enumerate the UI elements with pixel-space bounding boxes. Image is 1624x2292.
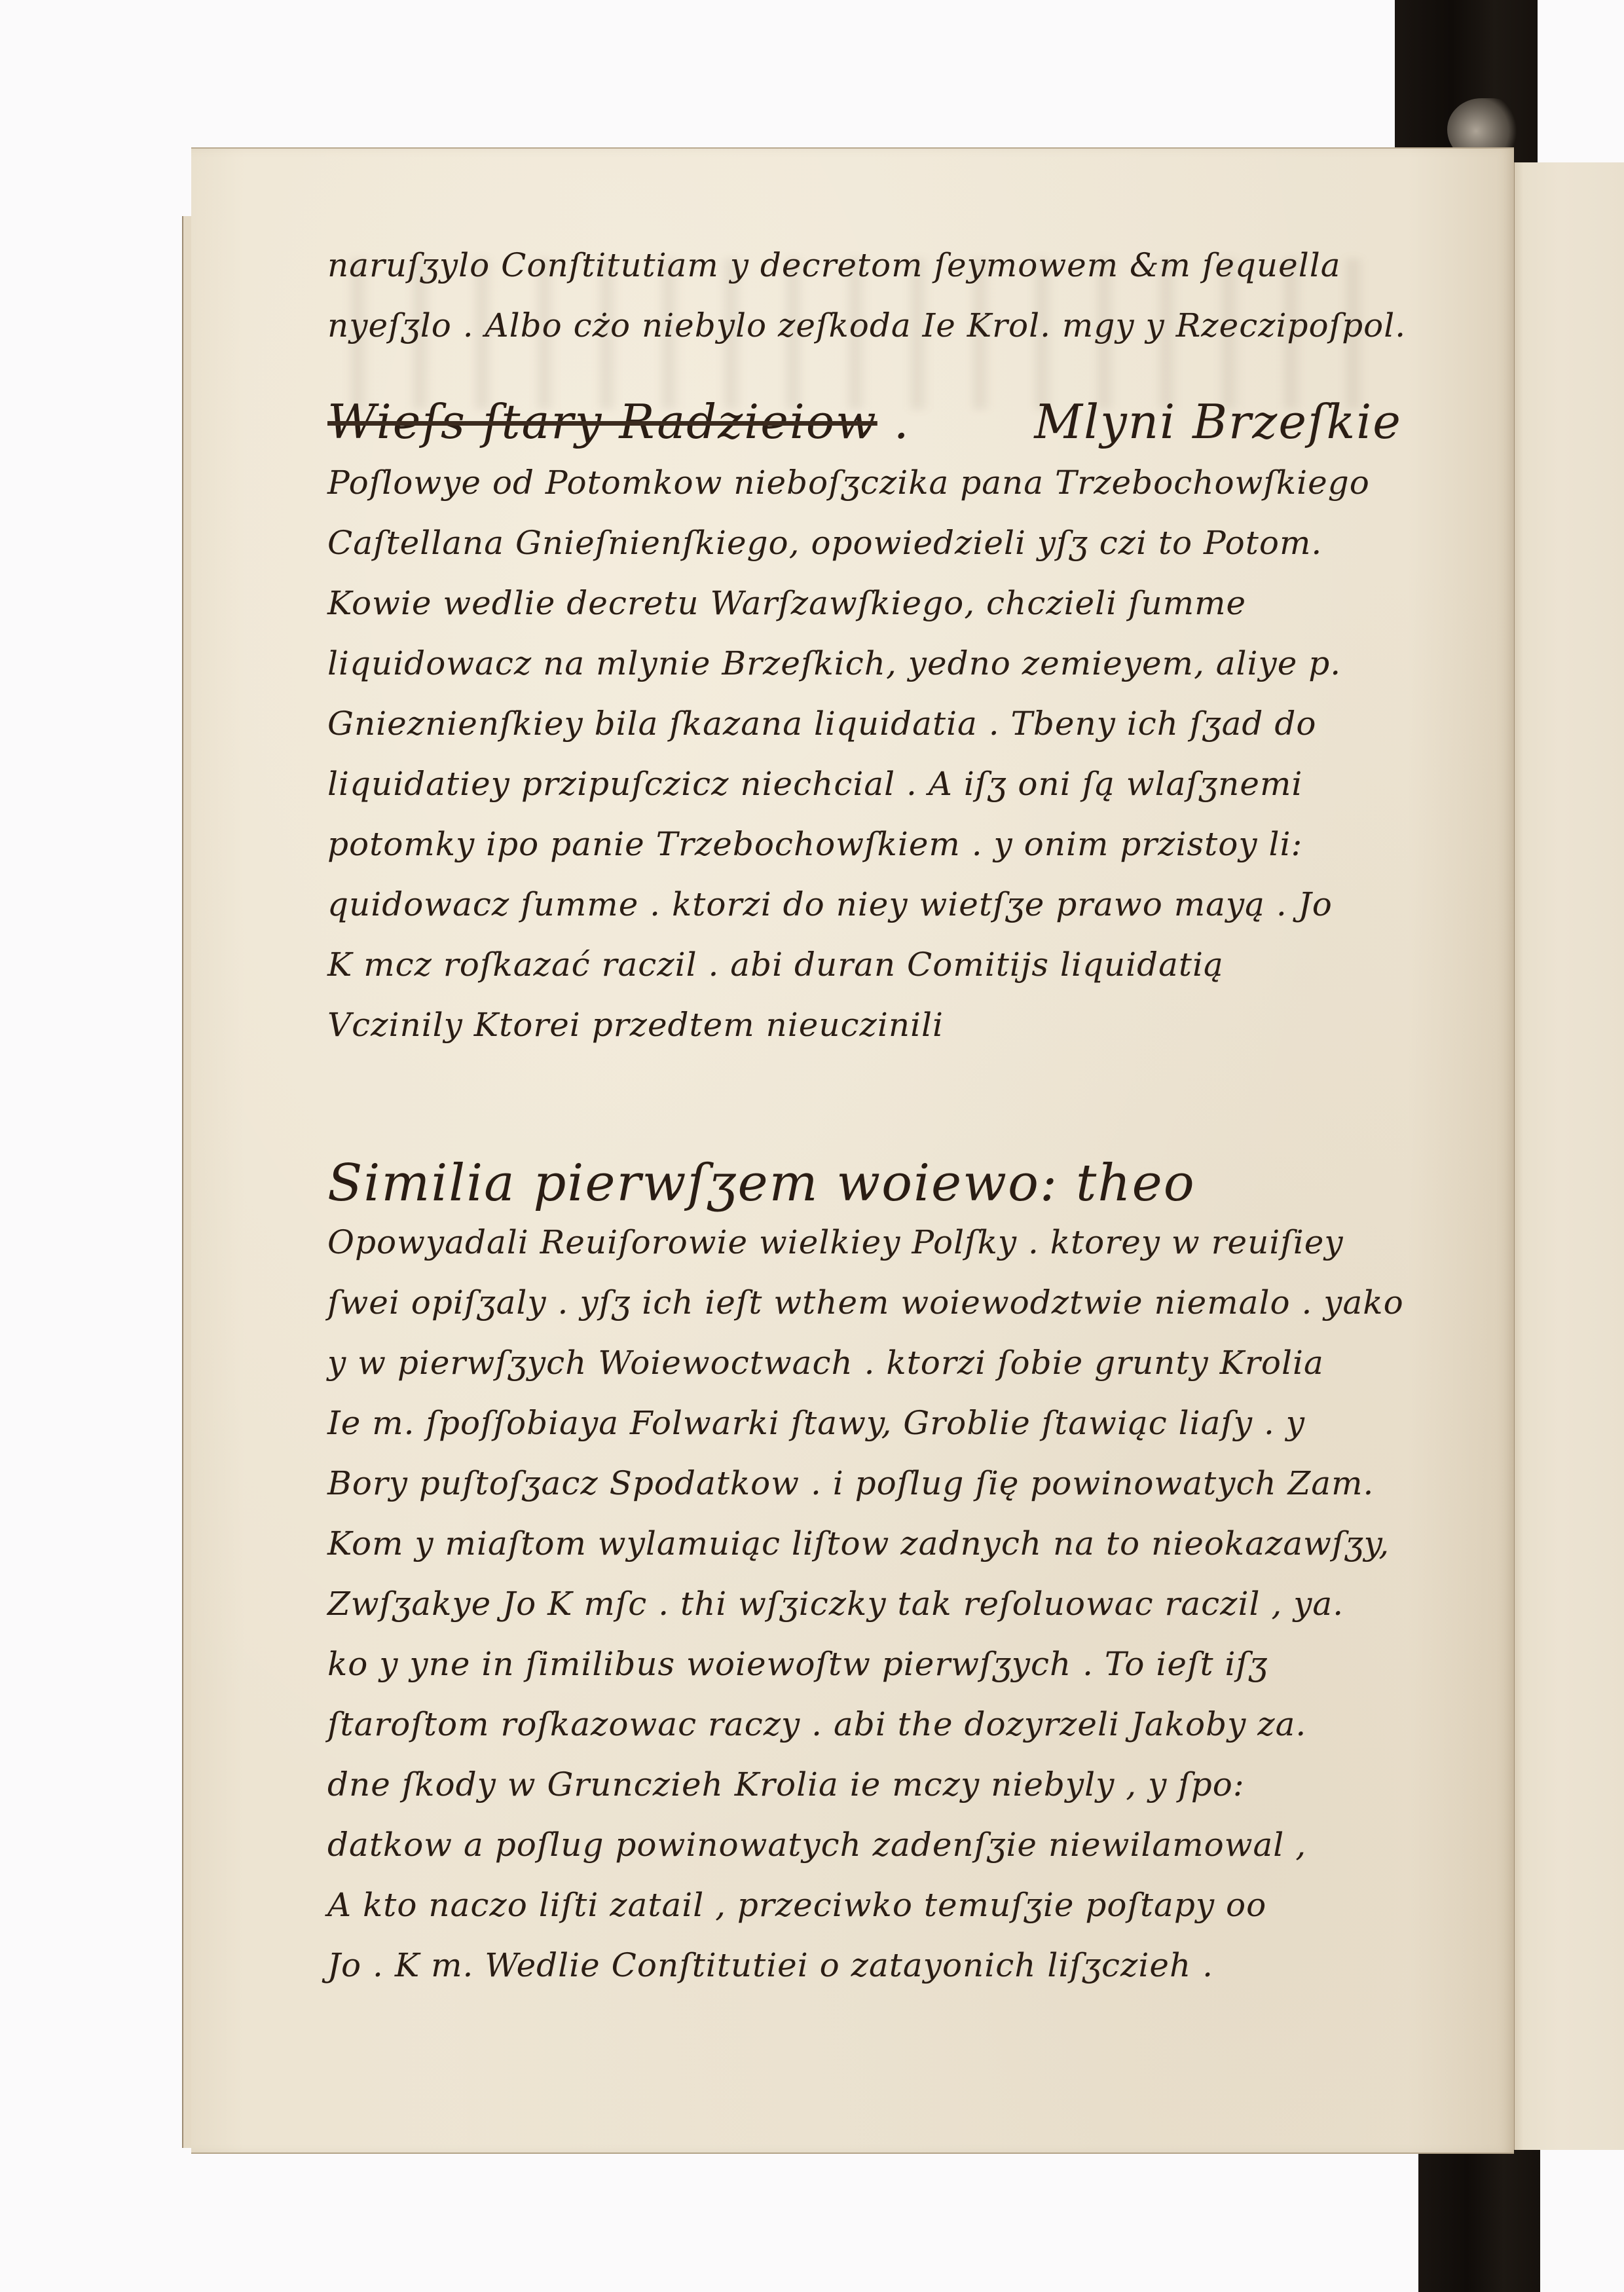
section-heading: Similia pierwſʒem woiewo: theo [327,1154,1441,1226]
text-line: ko y yne in ſimilibus woiewoſtw pierwſʒy… [327,1648,1441,1708]
heading-title: Mlyni Brzeſkie [1034,394,1402,449]
text-line: Poſlowye od Potomkow nieboſʒczika pana T… [327,466,1441,527]
text-line: Ie m. ſpoſſobiaya Folwarki ſtawy, Grobli… [327,1407,1441,1467]
text-line: Opowyadali Reuiſorowie wielkiey Polſky .… [327,1226,1441,1286]
text-line: liquidatiey przipuſczicz niechcial . A i… [327,767,1441,828]
text-line: potomky ipo panie Trzebochowſkiem . y on… [327,828,1441,888]
text-line: datkow a poſlug powinowatych zadenſʒie n… [327,1828,1441,1889]
text-line: Bory puſtoſʒacz Spodatkow . i poſlug ſię… [327,1467,1441,1527]
text-line: ſtaroſtom roſkazowac raczy . abi the doz… [327,1708,1441,1768]
text-line: Kowie wedlie decretu Warſzawſkiego, chcz… [327,587,1441,647]
text-line: y w pierwſʒych Woiewoctwach . ktorzi ſob… [327,1346,1441,1407]
text-line: Jo . K m. Wedlie Conſtitutiei o zatayoni… [327,1949,1441,2009]
text-line: Gnieznienſkiey bila ſkazana liquidatia .… [327,707,1441,767]
text-line: quidowacz ſumme . ktorzi do niey wietſʒe… [327,888,1441,948]
text-line: Zwſʒakye Jo K mſc . thi wſʒiczky tak reſ… [327,1587,1441,1648]
section-heading: Wieſs ſtary Radzieiow . Mlyni Brzeſkie [327,394,1441,466]
text-line: liquidowacz na mlynie Brzeſkich, yedno z… [327,647,1441,707]
text-line: Vczinily Ktorei przedtem nieuczinili [327,1008,1441,1069]
heading-separator: . [894,394,910,449]
manuscript-scan: naruſʒylo Conſtitutiam y decretom ſeymow… [0,0,1624,2292]
binding-strap-bottom [1418,2150,1540,2292]
manuscript-text: naruſʒylo Conſtitutiam y decretom ſeymow… [327,249,1441,2009]
text-line: naruſʒylo Conſtitutiam y decretom ſeymow… [327,249,1441,309]
text-line: nyeſʒlo . Albo cżo niebylo zeſkoda Ie Kr… [327,309,1441,369]
text-line: dne ſkody w Grunczieh Krolia ie mczy nie… [327,1768,1441,1828]
text-line: Kom y miaſtom wylamuiąc liſtow zadnych n… [327,1527,1441,1587]
text-line: Caſtellana Gnieſnienſkiego, opowiedzieli… [327,527,1441,587]
struck-heading: Wieſs ſtary Radzieiow [327,394,877,449]
text-line: K mcz roſkazać raczil . abi duran Comiti… [327,948,1441,1008]
text-line: ſwei opiſʒaly . yſʒ ich ieſt wthem woiew… [327,1286,1441,1346]
text-line: A kto naczo liſti zatail , przeciwko tem… [327,1889,1441,1949]
facing-page [1513,162,1624,2150]
